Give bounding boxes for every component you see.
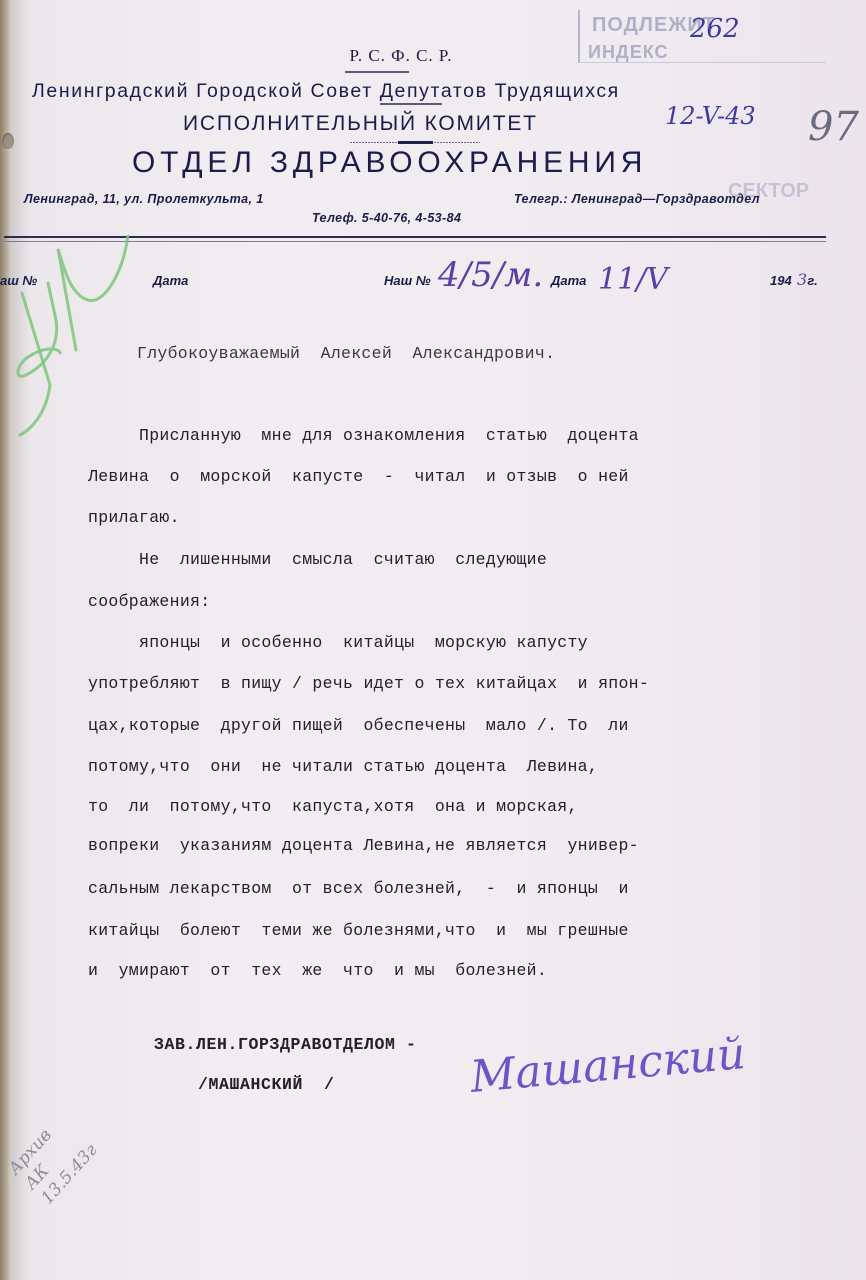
letter-line: сальным лекарством от всех болезней, - и… (88, 879, 629, 898)
our-number-label: Наш № (384, 273, 431, 288)
letter-line: прилагаю. (88, 508, 180, 527)
letter-line: Не лишенными смысла считаю следующие (88, 550, 547, 569)
received-date: 12-V-43 (665, 102, 756, 130)
letter-line: и умирают от тех же что и мы болезней. (88, 961, 547, 980)
letterhead-rule (345, 71, 409, 73)
letter-line: Присланную мне для ознакомления статью д… (88, 426, 639, 445)
signature-title: ЗАВ.ЛЕН.ГОРЗДРАВОТДЕЛОМ - (154, 1035, 417, 1054)
letter-line: цах,которые другой пищей обеспечены мало… (88, 716, 629, 735)
letter-line: употребляют в пищу / речь идет о тех кит… (88, 674, 649, 693)
binder-edge (0, 0, 10, 1280)
letter-line: японцы и особенно китайцы морскую капуст… (88, 633, 588, 652)
letterhead-department: ОТДЕЛ ЗДРАВООХРАНЕНИЯ (132, 146, 647, 180)
letter-line: соображения: (88, 592, 210, 611)
letterhead-telegraph: Телегр.: Ленинград—Горздравотдел (514, 192, 760, 206)
letter-line: Левина о морской капусте - читал и отзыв… (88, 467, 629, 486)
letterhead-republic: Р. С. Ф. С. Р. (0, 46, 866, 66)
sheet-number: 97 (808, 104, 859, 150)
letter-line: потому,что они не читали статью доцента … (88, 757, 598, 776)
date-label: Дата (153, 273, 188, 288)
letterhead-committee: ИСПОЛНИТЕЛЬНЫЙ КОМИТЕТ (183, 112, 538, 136)
letterhead-phone: Телеф. 5-40-76, 4-53-84 (312, 211, 461, 225)
year-handwritten-digit: 3 (797, 270, 807, 289)
letterhead-rule (398, 141, 433, 144)
signature-name: /МАШАНСКИЙ / (198, 1075, 335, 1094)
letter-line: китайцы болеют теми же болезнями,что и м… (88, 921, 629, 940)
letterhead-address: Ленинград, 11, ул. Пролеткульта, 1 (24, 192, 264, 206)
letter-line: то ли потому,что капуста,хотя она и морс… (88, 797, 578, 816)
document-page: ПОДЛЕЖИТ ИНДЕКС СЕКТОР 262 12-V-43 97 Р.… (0, 0, 866, 1280)
date-label: Дата (551, 273, 586, 288)
punch-hole (2, 133, 14, 149)
stamp-index-value: 262 (690, 14, 740, 44)
letter-line: вопреки указаниям доцента Левина,не явля… (88, 836, 639, 855)
letterhead-rule (380, 103, 442, 105)
our-number-value: 4/5/м. (438, 255, 543, 295)
date-value: 11/V (598, 262, 668, 297)
handwritten-signature: Машанский (468, 1028, 747, 1103)
letterhead-council: Ленинградский Городской Совет Депутатов … (32, 80, 620, 103)
salutation: Глубокоуважаемый Алексей Александрович. (137, 344, 555, 363)
year-field: 194 г. (770, 273, 818, 288)
